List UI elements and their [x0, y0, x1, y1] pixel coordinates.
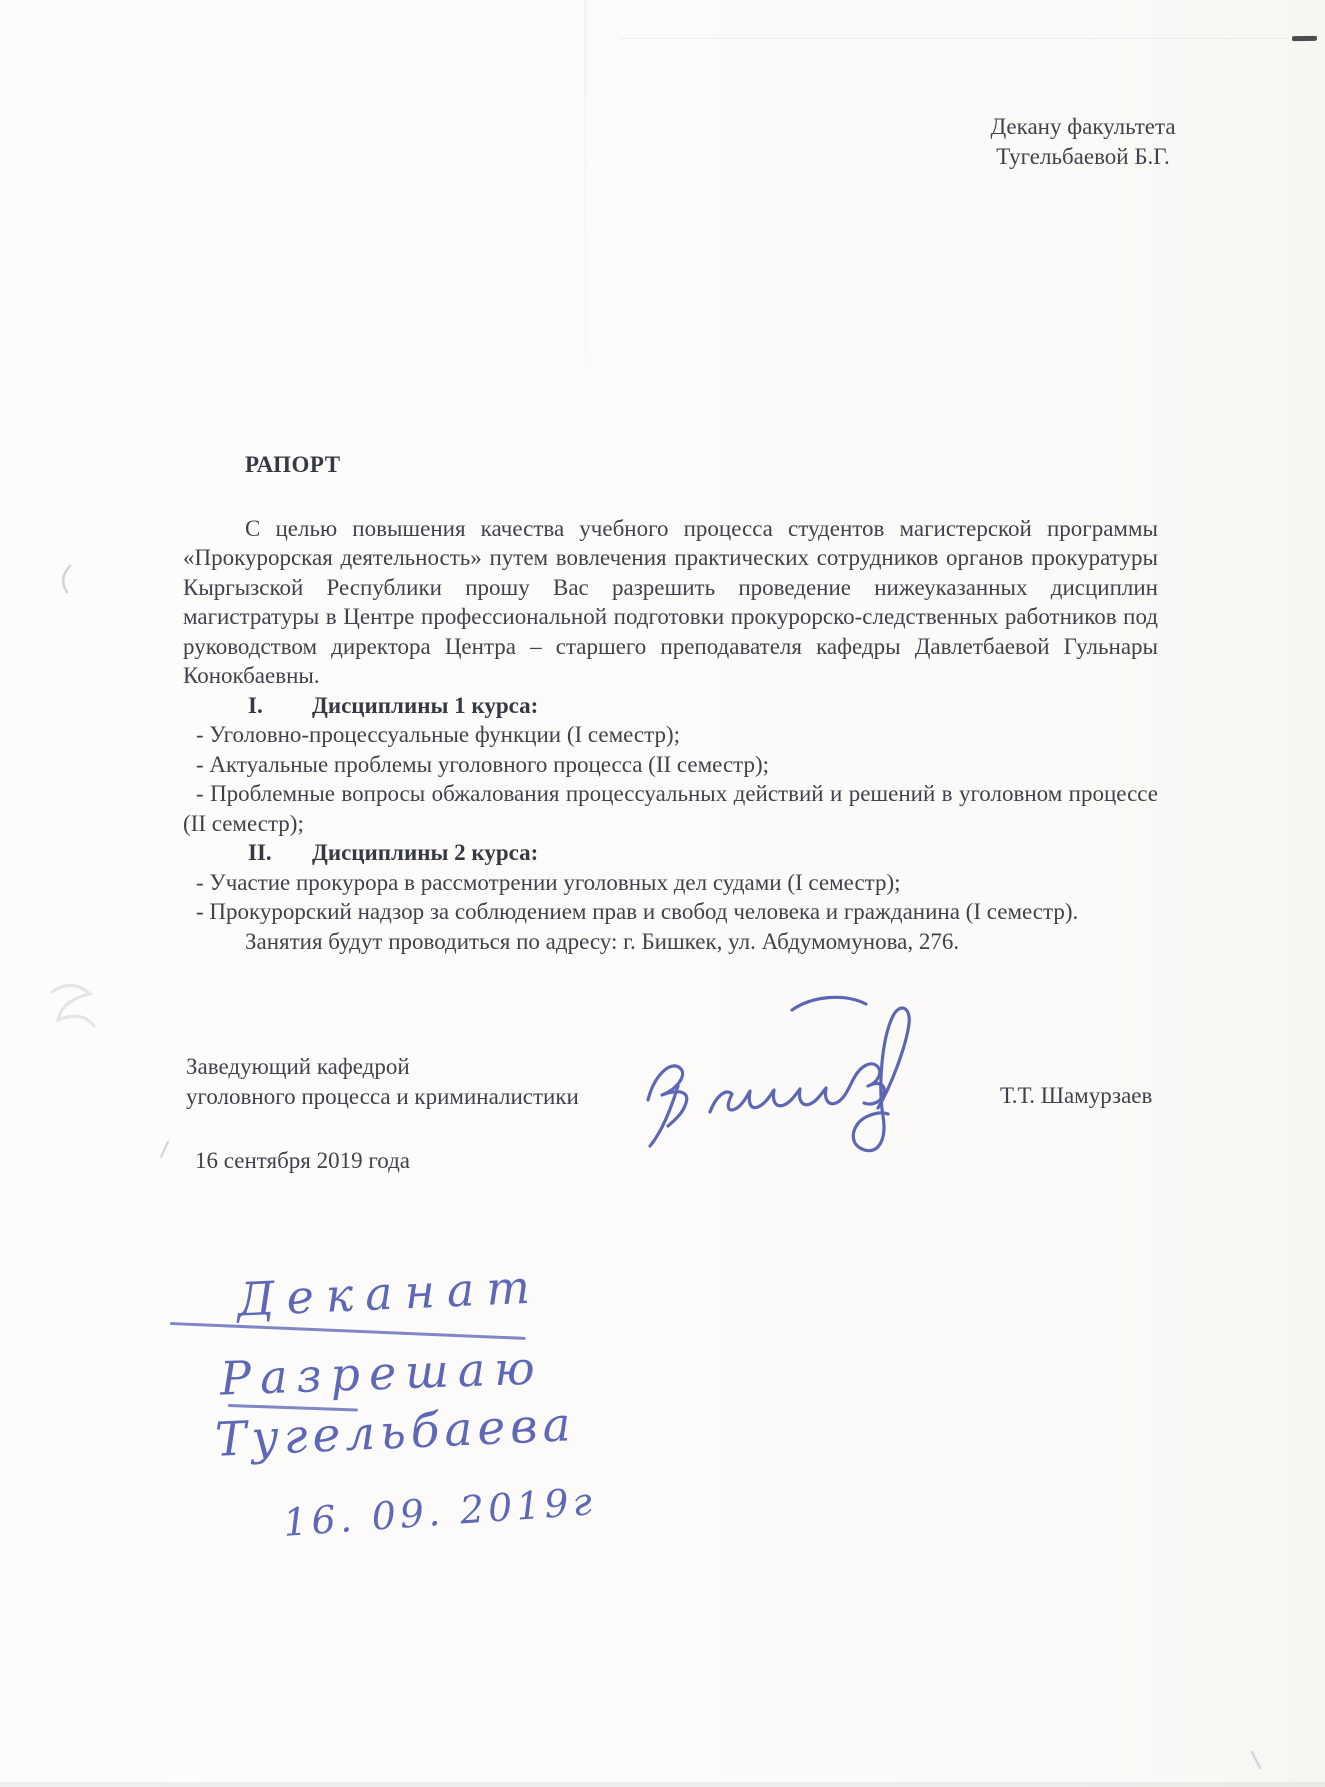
- section-1-title: Дисциплины 1 курса:: [312, 693, 538, 718]
- list-item: - Актуальные проблемы уголовного процесс…: [183, 750, 1158, 780]
- section-2-title: Дисциплины 2 курса:: [312, 840, 538, 865]
- handwritten-resolution-line-1: Деканат: [236, 1259, 543, 1326]
- list-item: - Прокурорский надзор за соблюдением пра…: [183, 897, 1158, 927]
- signer-position-block: Заведующий кафедрой уголовного процесса …: [186, 1052, 579, 1112]
- signer-position-line-2: уголовного процесса и криминалистики: [186, 1082, 579, 1112]
- closing-paragraph: Занятия будут проводиться по адресу: г. …: [183, 927, 1158, 957]
- typed-date: 16 сентября 2019 года: [195, 1148, 410, 1174]
- document-body: РАПОРТ С целью повышения качества учебно…: [183, 450, 1158, 956]
- scan-hairline: [620, 38, 1288, 39]
- section-2-heading: II.Дисциплины 2 курса:: [183, 838, 1158, 868]
- section-2-numeral: II.: [248, 838, 312, 868]
- page-bottom-shadow: [0, 1782, 1325, 1787]
- main-paragraph: С целью повышения качества учебного проц…: [183, 514, 1158, 691]
- section-1-heading: I.Дисциплины 1 курса:: [183, 691, 1158, 721]
- paper-fold-line: [584, 0, 587, 470]
- list-item: - Участие прокурора в рассмотрении уголо…: [183, 868, 1158, 898]
- scan-dash-mark: [1292, 36, 1317, 41]
- list-item: - Уголовно-процессуальные функции (I сем…: [183, 720, 1158, 750]
- handwritten-date: 16. 09. 2019г: [282, 1479, 597, 1545]
- list-item: - Проблемные вопросы обжалования процесс…: [183, 779, 1158, 838]
- document-title: РАПОРТ: [245, 450, 1158, 480]
- recipient-line-1: Декану факультета: [958, 112, 1208, 142]
- recipient-line-2: Тугельбаевой Б.Г.: [958, 142, 1208, 172]
- handwritten-underline-1: [170, 1322, 526, 1339]
- signer-name: Т.Т. Шамурзаев: [1000, 1083, 1152, 1109]
- scanned-document-page: Декану факультета Тугельбаевой Б.Г. РАПО…: [0, 0, 1325, 1787]
- section-1-numeral: I.: [248, 691, 312, 721]
- handwritten-signature-shamurzaev: [620, 988, 960, 1163]
- recipient-block: Декану факультета Тугельбаевой Б.Г.: [958, 112, 1208, 172]
- signer-position-line-1: Заведующий кафедрой: [186, 1052, 579, 1082]
- handwritten-resolution-line-2: Разрешаю: [219, 1340, 544, 1405]
